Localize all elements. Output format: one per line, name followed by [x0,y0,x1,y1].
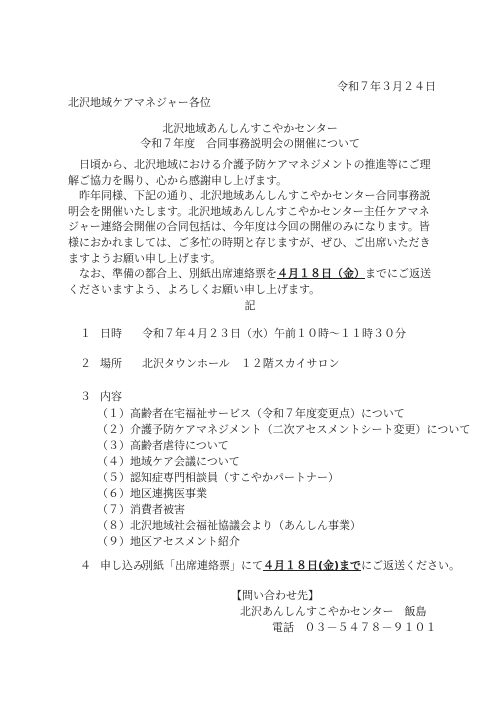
contact-phone: 電話 ０３－５４７８－９１０１ [272,620,437,635]
item-number: １ [80,326,100,341]
content-item: （７）消費者被害 [97,502,185,517]
phone-number: ０３－５４７８－９１０１ [305,621,437,634]
item-number: ２ [80,356,100,371]
item-label: 場所 [100,356,142,371]
contact-organization: 北沢あんしんすこやかセンター 飯島 [240,604,427,619]
item-application: ４申し込み別紙「出席連絡票」にて４月１８日(金)までにご返送ください。 [80,558,460,573]
title-subject: 令和７年度 合同事務説明会の開催について [0,136,500,151]
paragraph-announcement: 昨年同様、下記の通り、北沢地域あんしんすこやかセンター合同事務説明会を開催いたし… [68,188,440,266]
phone-label: 電話 [272,621,294,634]
content-item: （１）高齢者在宅福祉サービス（令和７年度変更点）について [97,406,405,421]
item-value: 令和７年４月２３日（水）午前１０時～１１時３０分 [142,327,406,340]
deadline-text-before: なお、準備の都合上、別紙出席連絡票を [79,267,277,280]
item-value: 北沢タウンホール １２階スカイサロン [142,357,339,370]
addressee: 北沢地域ケアマネジャー各位 [68,95,211,110]
content-item: （３）高齢者虐待について [97,438,229,453]
content-item: （５）認知症専門相談員（すこやかパートナー） [97,470,339,485]
item-datetime: １日時令和７年４月２３日（水）午前１０時～１１時３０分 [80,326,406,341]
item-label: 日時 [100,326,142,341]
body-text: 日頃から、北沢地域における介護予防ケアマネジメントの推進等にご理解ご協力を賜り、… [68,157,440,297]
item-location: ２場所北沢タウンホール １２階スカイサロン [80,356,339,371]
item-number: ４ [80,558,100,573]
application-text-after: にご返送ください。 [361,559,460,572]
paragraph-deadline: なお、準備の都合上、別紙出席連絡票を４月１８日（金）までにご返送くださいますよう… [68,266,440,297]
ki-heading: 記 [0,298,500,313]
item-number: ３ [80,389,100,404]
contact-heading: 【問い合わせ先】 [231,588,319,603]
deadline-date: ４月１８日（金） [277,267,365,280]
content-item: （９）地区アセスメント紹介 [97,534,240,549]
document-date: 令和７年３月２４日 [337,79,436,94]
content-item: （２）介護予防ケアマネジメント（二次アセスメントシート変更）について [97,422,470,437]
application-deadline: ４月１８日(金)まで [263,559,361,572]
content-item: （６）地区連携医事業 [97,486,207,501]
paragraph-greeting: 日頃から、北沢地域における介護予防ケアマネジメントの推進等にご理解ご協力を賜り、… [68,157,440,188]
application-text-before: 別紙「出席連絡票」にて [142,559,263,572]
title-organization: 北沢地域あんしんすこやかセンター [0,121,500,136]
item-label: 申し込み [100,558,142,573]
content-item: （８）北沢地域社会福祉協議会より（あんしん事業） [97,518,361,533]
item-contents: ３内容 [80,389,142,404]
content-item: （４）地域ケア会議について [97,454,240,469]
item-label: 内容 [100,389,142,404]
